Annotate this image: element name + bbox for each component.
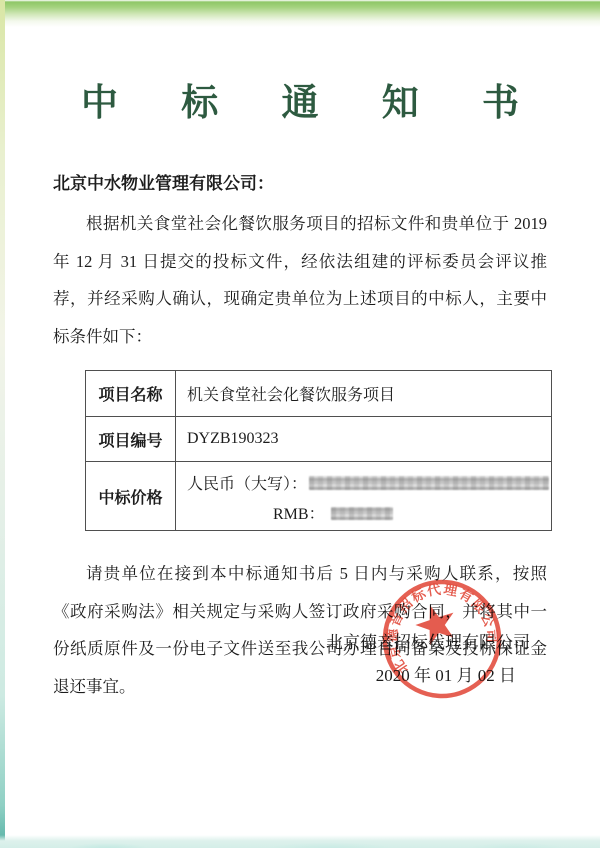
award-conditions-table: 项目名称 机关食堂社会化餐饮服务项目 项目编号 DYZB190323 中标价格 … bbox=[85, 370, 552, 531]
table-row: 中标价格 人民币（大写）： RMB： bbox=[86, 462, 552, 531]
price-rmb-line: RMB： bbox=[273, 501, 541, 524]
redacted-price-number bbox=[331, 507, 393, 520]
scan-edge-bottom bbox=[0, 835, 600, 848]
project-number-label: 项目编号 bbox=[86, 417, 176, 462]
redacted-price-uppercase bbox=[309, 476, 549, 490]
project-name-value: 机关食堂社会化餐饮服务项目 bbox=[176, 371, 552, 417]
document-body: 中 标 通 知 书 北京中水物业管理有限公司： 根据机关食堂社会化餐饮服务项目的… bbox=[0, 0, 600, 705]
award-price-value: 人民币（大写）： RMB： bbox=[176, 462, 552, 531]
scanned-award-notice-page: 中 标 通 知 书 北京中水物业管理有限公司： 根据机关食堂社会化餐饮服务项目的… bbox=[0, 0, 600, 848]
document-title: 中 标 通 知 书 bbox=[53, 0, 547, 126]
project-name-label: 项目名称 bbox=[86, 371, 176, 417]
project-number-value: DYZB190323 bbox=[176, 417, 552, 462]
price-uppercase-line: 人民币（大写）： bbox=[187, 471, 541, 494]
signature-block: 北京德音招标代理有限公司 2020 年 01 月 02 日 bbox=[326, 632, 530, 687]
signature-date: 2020 年 01 月 02 日 bbox=[326, 665, 516, 687]
price-rmb-prefix: RMB： bbox=[273, 506, 325, 523]
agency-company-name: 北京德音招标代理有限公司 bbox=[326, 632, 530, 654]
award-price-label: 中标价格 bbox=[86, 462, 176, 531]
price-uppercase-prefix: 人民币（大写）： bbox=[187, 476, 307, 493]
addressee-line: 北京中水物业管理有限公司： bbox=[53, 126, 547, 195]
table-row: 项目编号 DYZB190323 bbox=[86, 417, 552, 462]
table-row: 项目名称 机关食堂社会化餐饮服务项目 bbox=[86, 371, 552, 417]
intro-paragraph: 根据机关食堂社会化餐饮服务项目的招标文件和贵单位于 2019 年 12 月 31… bbox=[53, 195, 547, 355]
